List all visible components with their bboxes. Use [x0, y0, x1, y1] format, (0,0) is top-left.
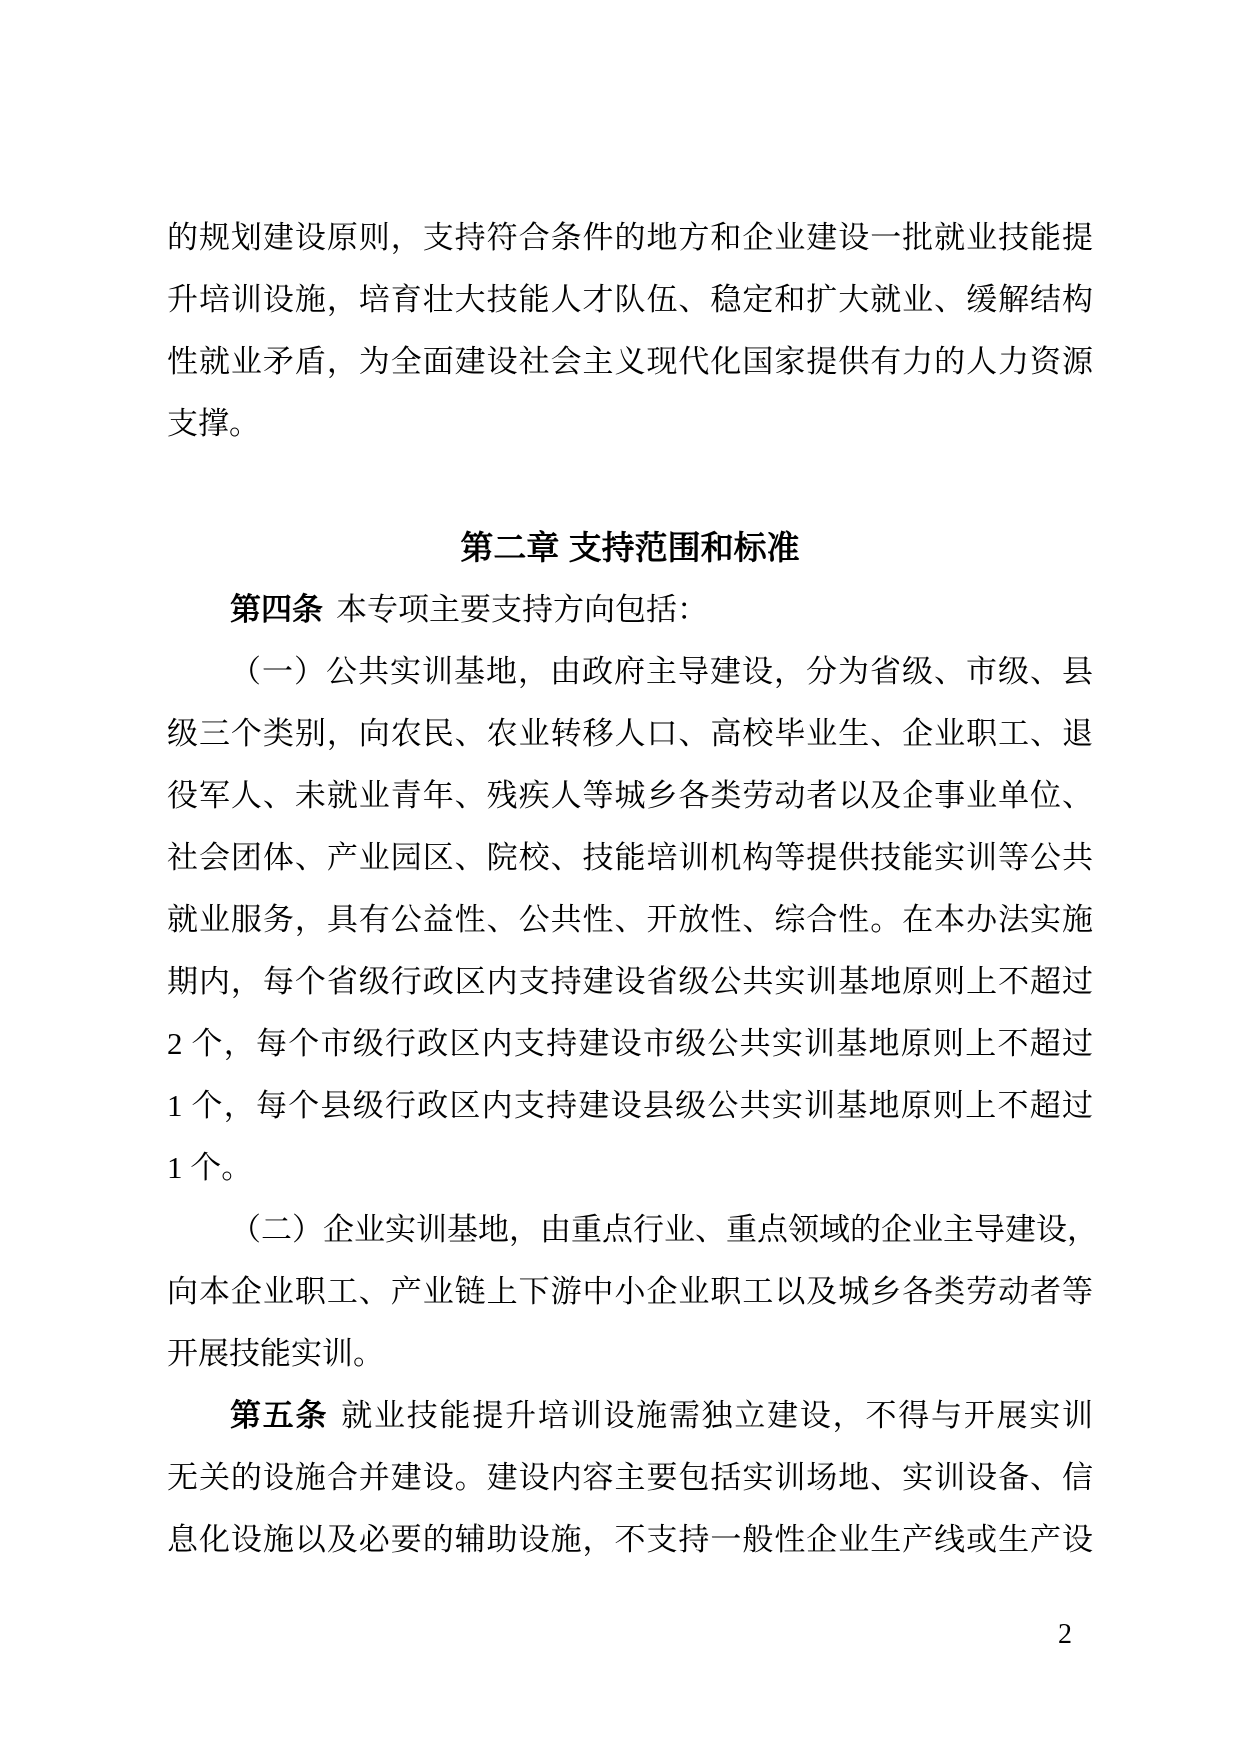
blank-line [167, 455, 1093, 517]
text-line: 就业服务，具有公益性、公共性、开放性、综合性。在本办法实施 [167, 889, 1093, 951]
text-line: 开展技能实训。 [167, 1323, 1093, 1385]
text-line: （一）公共实训基地，由政府主导建设，分为省级、市级、县 [167, 641, 1093, 703]
page-number: 2 [1058, 1621, 1072, 1649]
line-text: 1 个。 [167, 1150, 252, 1185]
line-text: （二）企业实训基地，由重点行业、重点领域的企业主导建设， [230, 1212, 1098, 1247]
line-text: 2 个，每个市级行政区内支持建设市级公共实训基地原则上不超过 [167, 1026, 1093, 1061]
line-text: 役军人、未就业青年、残疾人等城乡各类劳动者以及企事业单位、 [167, 778, 1093, 813]
text-line: 社会团体、产业园区、院校、技能培训机构等提供技能实训等公共 [167, 827, 1093, 889]
text-line: 1 个。 [167, 1137, 1093, 1199]
line-text: （一）公共实训基地，由政府主导建设，分为省级、市级、县 [230, 654, 1093, 689]
article-number-bold: 第五条 [230, 1398, 328, 1433]
line-text: 息化设施以及必要的辅助设施，不支持一般性企业生产线或生产设 [167, 1522, 1093, 1557]
line-text: 性就业矛盾，为全面建设社会主义现代化国家提供有力的人力资源 [167, 344, 1093, 379]
document-page: 的规划建设原则，支持符合条件的地方和企业建设一批就业技能提升培训设施，培育壮大技… [0, 0, 1241, 1754]
text-line: 的规划建设原则，支持符合条件的地方和企业建设一批就业技能提 [167, 207, 1093, 269]
text-line: 第四条本专项主要支持方向包括： [167, 579, 1093, 641]
text-line: 1 个，每个县级行政区内支持建设县级公共实训基地原则上不超过 [167, 1075, 1093, 1137]
text-line: 2 个，每个市级行政区内支持建设市级公共实训基地原则上不超过 [167, 1013, 1093, 1075]
line-text: 社会团体、产业园区、院校、技能培训机构等提供技能实训等公共 [167, 840, 1093, 875]
text-line: （二）企业实训基地，由重点行业、重点领域的企业主导建设， [167, 1199, 1093, 1261]
document-body: 的规划建设原则，支持符合条件的地方和企业建设一批就业技能提升培训设施，培育壮大技… [167, 207, 1093, 1571]
line-text: 本专项主要支持方向包括： [336, 592, 708, 627]
line-text: 级三个类别，向农民、农业转移人口、高校毕业生、企业职工、退 [167, 716, 1093, 751]
line-text: 1 个，每个县级行政区内支持建设县级公共实训基地原则上不超过 [167, 1088, 1093, 1123]
text-line: 支撑。 [167, 393, 1093, 455]
text-line: 役军人、未就业青年、残疾人等城乡各类劳动者以及企事业单位、 [167, 765, 1093, 827]
chapter-heading-text: 第二章 支持范围和标准 [460, 529, 799, 566]
line-text: 的规划建设原则，支持符合条件的地方和企业建设一批就业技能提 [167, 220, 1093, 255]
line-text: 就业服务，具有公益性、公共性、开放性、综合性。在本办法实施 [167, 902, 1093, 937]
article-number-bold: 第四条 [230, 592, 323, 627]
text-line: 第五条就业技能提升培训设施需独立建设，不得与开展实训 [167, 1385, 1093, 1447]
text-line: 性就业矛盾，为全面建设社会主义现代化国家提供有力的人力资源 [167, 331, 1093, 393]
line-text: 无关的设施合并建设。建设内容主要包括实训场地、实训设备、信 [167, 1460, 1093, 1495]
text-line: 息化设施以及必要的辅助设施，不支持一般性企业生产线或生产设 [167, 1509, 1093, 1571]
chapter-heading: 第二章 支持范围和标准 [167, 517, 1093, 579]
text-line: 期内，每个省级行政区内支持建设省级公共实训基地原则上不超过 [167, 951, 1093, 1013]
text-line: 无关的设施合并建设。建设内容主要包括实训场地、实训设备、信 [167, 1447, 1093, 1509]
line-text: 开展技能实训。 [167, 1336, 384, 1371]
line-text: 就业技能提升培训设施需独立建设，不得与开展实训 [341, 1398, 1093, 1433]
text-line: 向本企业职工、产业链上下游中小企业职工以及城乡各类劳动者等 [167, 1261, 1093, 1323]
text-line: 升培训设施，培育壮大技能人才队伍、稳定和扩大就业、缓解结构 [167, 269, 1093, 331]
text-line: 级三个类别，向农民、农业转移人口、高校毕业生、企业职工、退 [167, 703, 1093, 765]
line-text: 升培训设施，培育壮大技能人才队伍、稳定和扩大就业、缓解结构 [167, 282, 1093, 317]
line-text: 支撑。 [167, 406, 260, 441]
line-text: 期内，每个省级行政区内支持建设省级公共实训基地原则上不超过 [167, 964, 1093, 999]
line-text: 向本企业职工、产业链上下游中小企业职工以及城乡各类劳动者等 [167, 1274, 1093, 1309]
